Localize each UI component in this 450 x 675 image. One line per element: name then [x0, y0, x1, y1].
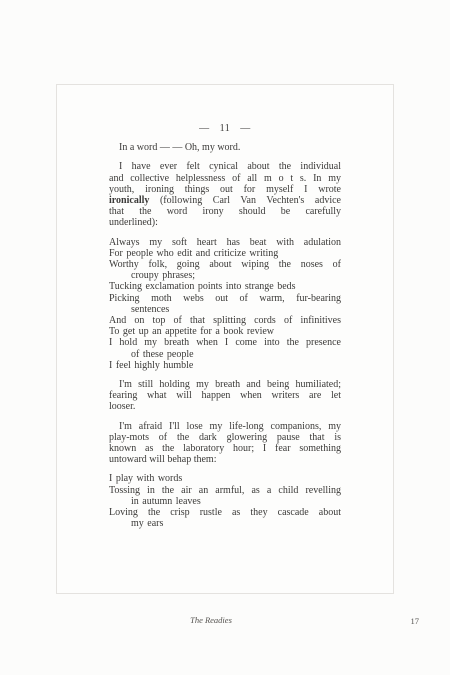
verse-block-1: Always my soft heart has beat with adula… [109, 237, 341, 371]
text-line: underlined): [109, 217, 341, 228]
opening-line: In a word — — Oh, my word. [109, 142, 341, 153]
verse-block-2: I play with words Tossing in the air an … [109, 473, 341, 529]
text-line: I have ever felt cynical about the indiv… [109, 161, 341, 172]
scanned-book-page: — 11 — In a word — — Oh, my word. I have… [0, 0, 450, 675]
text-line: fearing what will happen when writers ar… [109, 390, 341, 401]
verse-line: Loving the crisp rustle as they cascade … [109, 507, 341, 518]
facsimile-page-frame: — 11 — In a word — — Oh, my word. I have… [56, 84, 394, 594]
verse-line: I hold my breath when I come into the pr… [109, 337, 341, 348]
verse-line: Always my soft heart has beat with adula… [109, 237, 341, 248]
verse-line: Tossing in the air an armful, as a child… [109, 485, 341, 496]
text-line: I'm still holding my breath and being hu… [109, 379, 341, 390]
text-line: untoward will behap them: [109, 454, 341, 465]
verse-line: Tucking exclamation points into strange … [109, 281, 341, 292]
bold-word: ironically [109, 195, 149, 206]
text-line-rest: (following Carl Van Vechten's advice [149, 195, 341, 206]
verse-line: I feel highly humble [109, 360, 341, 371]
verse-line-continuation: croupy phrases; [109, 270, 341, 281]
text-line: play-mots of the dark glowering pause th… [109, 432, 341, 443]
paragraph-1: I have ever felt cynical about the indiv… [109, 161, 341, 228]
text-line: youth, ironing things out for myself I w… [109, 184, 341, 195]
verse-line: And on top of that splitting cords of in… [109, 315, 341, 326]
page-number-heading: — 11 — [109, 123, 341, 134]
verse-line: To get up an appetite for a book review [109, 326, 341, 337]
verse-line-continuation: in autumn leaves [109, 496, 341, 507]
text-line: ironically (following Carl Van Vechten's… [109, 195, 341, 206]
text-line: looser. [109, 401, 341, 412]
verse-line: I play with words [109, 473, 341, 484]
running-title: The Readies [56, 615, 366, 625]
text-line: and collective helplessness of all m o t… [109, 173, 341, 184]
verse-line-continuation: my ears [109, 518, 341, 529]
text-line: that the word irony should be carefully [109, 206, 341, 217]
verse-line: Worthy folk, going about wiping the nose… [109, 259, 341, 270]
folio-page-number: 17 [411, 616, 420, 626]
verse-line: Picking moth webs out of warm, fur-beari… [109, 293, 341, 304]
text-line: I'm afraid I'll lose my life-long compan… [109, 421, 341, 432]
text-line: known as the laboratory hour; I fear som… [109, 443, 341, 454]
paragraph-2: I'm still holding my breath and being hu… [109, 379, 341, 413]
page-footer: The Readies 17 [0, 615, 450, 629]
verse-line: For people who edit and criticize writin… [109, 248, 341, 259]
verse-line-continuation: of these people [109, 349, 341, 360]
verse-line-continuation: sentences [109, 304, 341, 315]
paragraph-3: I'm afraid I'll lose my life-long compan… [109, 421, 341, 466]
